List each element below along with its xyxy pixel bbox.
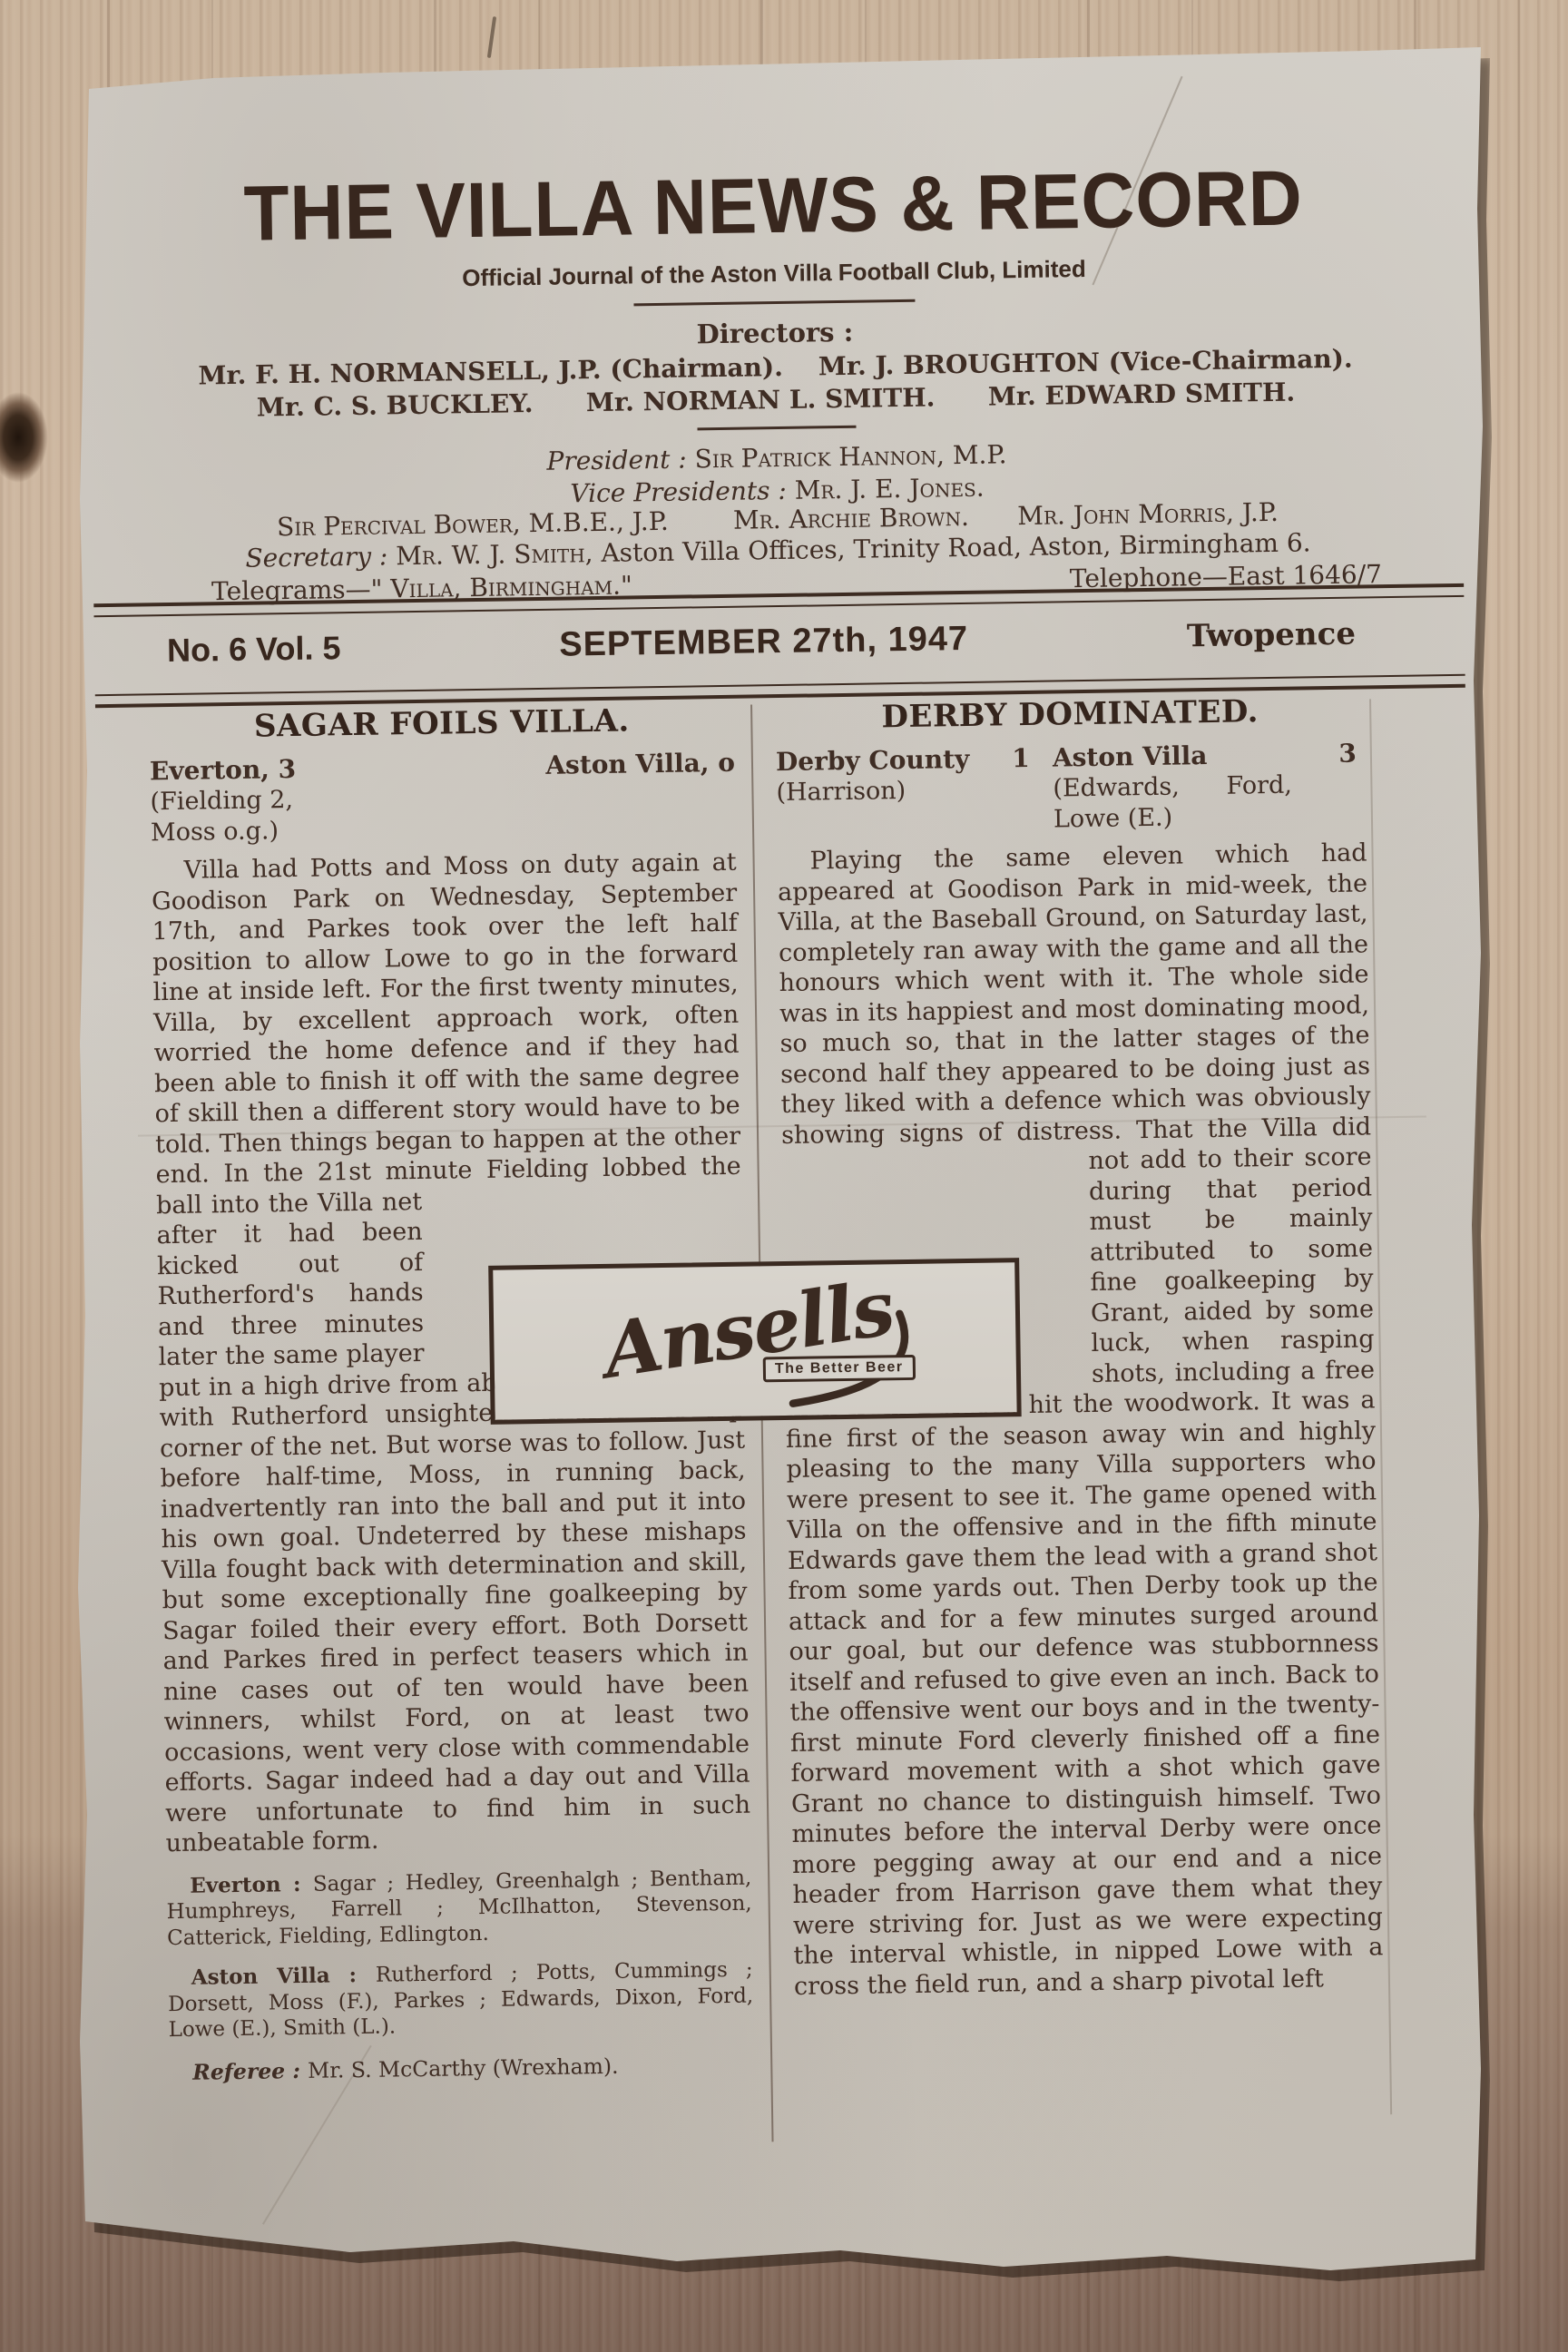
team-label: Everton : — [190, 1871, 313, 1897]
vice-presidents-label: Vice Presidents : — [570, 475, 795, 509]
president-label: President : — [546, 444, 695, 475]
home-scorers: (Harrison) — [776, 775, 989, 808]
ansells-advert: Ansells The Better Beer — [488, 1258, 1022, 1425]
ansells-logo: Ansells — [493, 1262, 1016, 1420]
column-divider — [750, 704, 773, 2141]
home-score: 1 — [989, 742, 1053, 775]
away-scorers: (Edwards, Ford, — [1053, 769, 1366, 804]
article-headline: DERBY DOMINATED. — [775, 691, 1366, 737]
everton-lineup: Everton : Sagar ; Hedley, Greenhalgh ; B… — [166, 1865, 752, 1951]
president-name: Sir Patrick Hannon, M.P. — [694, 439, 1006, 474]
article-body: Playing the same eleven which had appear… — [777, 838, 1384, 2002]
wood-grain-mark — [487, 16, 496, 58]
ansells-tagline: The Better Beer — [775, 1359, 904, 1377]
spacer — [989, 774, 1053, 806]
body-text: Playing the same eleven which had appear… — [778, 838, 1372, 1175]
masthead-title: THE VILLA NEWS & RECORD — [69, 152, 1476, 262]
issue-number: No. 6 Vol. 5 — [167, 629, 341, 670]
away-scorers: Lowe (E.) — [1053, 799, 1367, 835]
away-score: 3 — [1275, 737, 1367, 769]
away-team-score: Aston Villa, o — [545, 747, 735, 781]
spacer — [777, 806, 990, 839]
photo-scene: THE VILLA NEWS & RECORD Official Journal… — [0, 0, 1568, 2352]
away-team: Aston Villa — [1053, 739, 1275, 774]
referee-label: Referee : — [192, 2057, 308, 2084]
vice-presidents-name: Mr. J. E. Jones. — [794, 473, 984, 505]
issue-date: SEPTEMBER 27th, 1947 — [559, 620, 968, 665]
masthead-rule — [633, 299, 915, 307]
ansells-tagline-box: The Better Beer — [763, 1355, 916, 1382]
team-label: Aston Villa : — [191, 1963, 377, 1990]
article-headline: SAGAR FOILS VILLA. — [149, 701, 735, 747]
body-text: Villa had Potts and Moss on duty again a… — [152, 848, 741, 1220]
issue-price: Twopence — [1187, 616, 1357, 655]
issue-bar: No. 6 Vol. 5 SEPTEMBER 27th, 1947 Twopen… — [167, 614, 1356, 671]
programme-page: THE VILLA NEWS & RECORD Official Journal… — [78, 45, 1485, 2291]
referee-name: Mr. S. McCarthy (Wrexham). — [308, 2053, 619, 2082]
printed-content: THE VILLA NEWS & RECORD Official Journal… — [67, 35, 1507, 2302]
secretary-name: Mr. W. J. Smith, — [396, 538, 593, 571]
masthead-rule — [697, 426, 856, 431]
wood-knot — [0, 379, 56, 495]
masthead-title-text: THE VILLA NEWS & RECORD — [243, 153, 1304, 259]
aston-villa-lineup: Aston Villa : Rutherford ; Potts, Cummin… — [168, 1957, 754, 2043]
referee-line: Referee : Mr. S. McCarthy (Wrexham). — [169, 2051, 754, 2086]
home-team: Derby County — [776, 743, 989, 778]
secretary-label: Secretary : — [245, 541, 396, 573]
spacer — [990, 805, 1053, 837]
home-team-score: Everton, 3 — [150, 753, 297, 787]
